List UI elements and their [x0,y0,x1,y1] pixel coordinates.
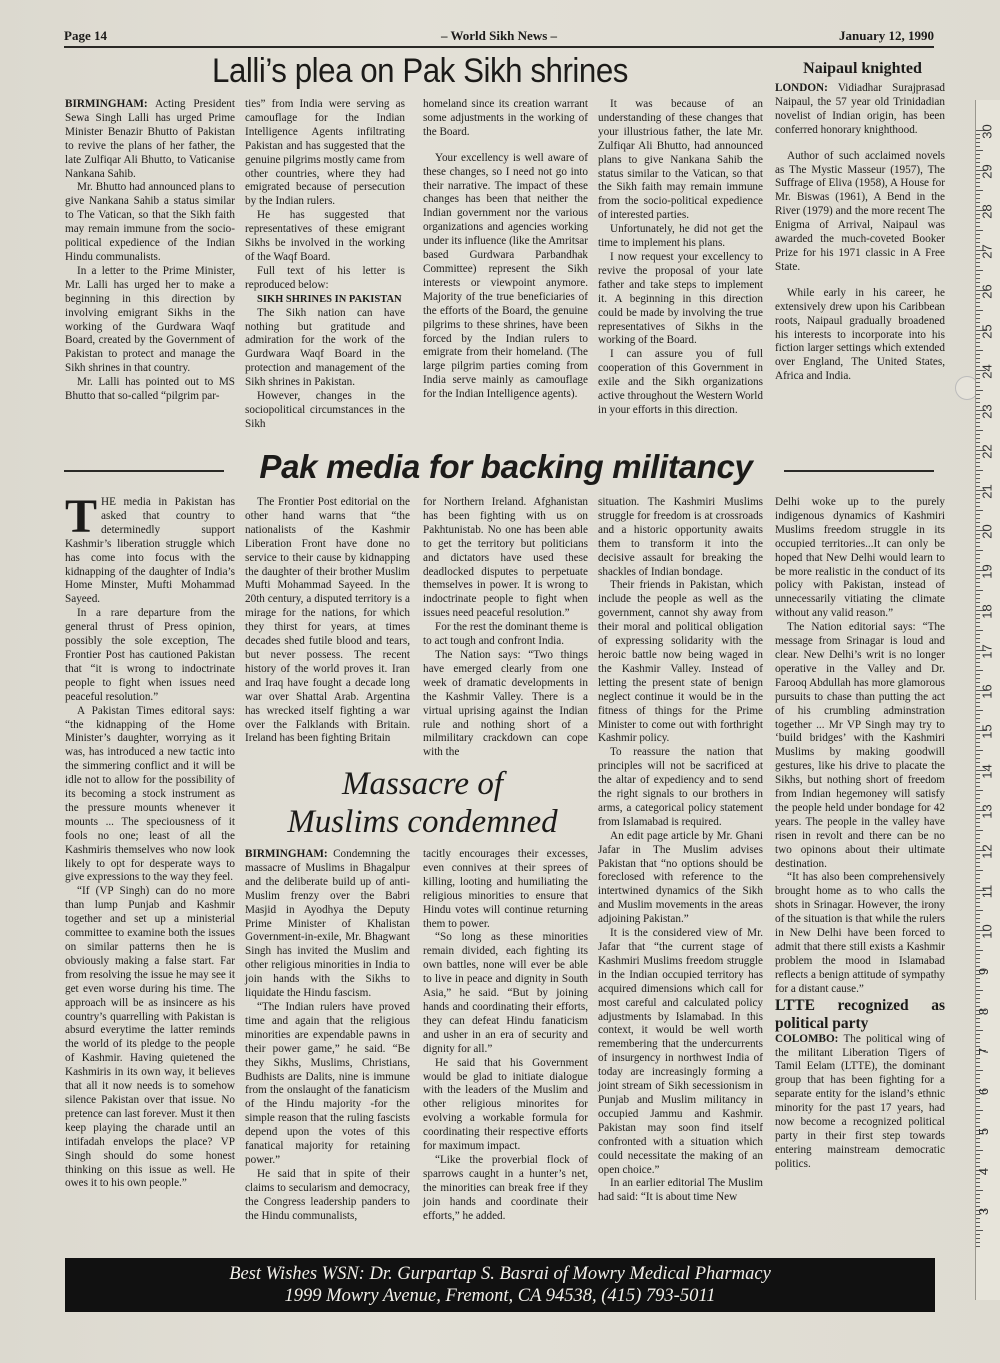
ruler-tick [976,1230,983,1231]
ruler-tick [976,1246,980,1247]
ruler-tick [976,1098,980,1099]
ruler-label: 24 [980,364,995,378]
ruler-tick [976,398,980,399]
ruler-tick [976,918,980,919]
rule-line-right [784,470,934,472]
ruler-label: 12 [980,844,995,858]
ruler-tick [976,1082,980,1083]
ruler-label: 7 [976,1048,991,1055]
ruler-tick [976,670,983,671]
ruler-tick [976,1166,980,1167]
pakmedia-paragraph: “If (VP Singh) can do no more than lump … [65,885,235,1191]
ruler-tick [976,1146,980,1147]
dateline: LONDON: [775,82,828,94]
ruler-tick [976,150,983,151]
ruler-tick [976,582,980,583]
ltte-paragraph: COLOMBO: The political wing of the milit… [775,1033,945,1172]
ruler-tick [976,922,980,923]
ruler-tick [976,1062,980,1063]
ruler-label: 8 [976,1008,991,1015]
ruler-tick [976,554,980,555]
ruler-label: 19 [980,564,995,578]
ruler-tick [976,390,983,391]
pakmedia-column-1: THE media in Pakistan has asked that cou… [65,496,235,1191]
ruler-tick [976,758,980,759]
ruler-tick [976,1178,980,1179]
lalli-paragraph: However, changes in the sociopolitical c… [245,390,405,432]
ruler-tick [976,358,980,359]
ruler-tick [976,270,983,271]
issue-date: January 12, 1990 [839,28,934,44]
ruler-tick [976,594,980,595]
lalli-paragraph: BIRMINGHAM: Acting President Sewa Singh … [65,98,235,181]
ruler-tick [976,958,980,959]
ruler-tick [976,230,983,231]
massacre-column-1: BIRMINGHAM: Condemning the massacre of M… [245,848,410,1223]
ruler-tick [976,1154,980,1155]
ruler-tick [976,1074,980,1075]
massacre-paragraph: “So long as these minorities remain divi… [423,931,588,1056]
ruler-tick [976,798,980,799]
subhead: SIKH SHRINES IN PAKISTAN [245,293,405,307]
naipaul-column: LONDON: Vidiadhar Surajprasad Naipaul, t… [775,82,945,384]
ruler-label: 9 [976,968,991,975]
ruler-tick [976,1234,980,1235]
headline-massacre-line1: Massacre of [245,765,600,803]
ruler-tick [976,666,980,667]
ruler-tick [976,838,980,839]
pakmedia-paragraph: for Northern Ireland. Afghanistan has be… [423,496,588,621]
ruler-tick [976,262,980,263]
ruler-tick [976,1242,980,1243]
ruler-tick [976,482,980,483]
ruler-tick [976,662,980,663]
ruler-label: 3 [976,1208,991,1215]
ruler-label: 4 [976,1168,991,1175]
ruler-tick [976,430,983,431]
headline-massacre: Massacre of Muslims condemned [245,765,600,841]
naipaul-paragraph: Author of such acclaimed novels as The M… [775,150,945,275]
ruler-tick [976,634,980,635]
massacre-paragraph: tacitly encourages their excesses, even … [423,848,588,931]
ruler-tick [976,562,980,563]
lalli-paragraph: homeland since its creation warrant some… [423,98,588,140]
massacre-paragraph: “The Indian rulers have proved time and … [245,1001,410,1168]
ruler-tick [976,542,980,543]
ruler-tick [976,678,980,679]
ruler-tick [976,1114,980,1115]
ruler-tick [976,902,980,903]
lalli-paragraph: It was because of an understanding of th… [598,98,763,223]
ruler-tick [976,994,980,995]
ruler-tick [976,222,980,223]
ruler-tick [976,350,983,351]
ruler-tick [976,314,980,315]
advertisement-banner: Best Wishes WSN: Dr. Gurpartap S. Basrai… [65,1258,935,1312]
ruler-tick [976,626,980,627]
ruler-tick [976,642,980,643]
ruler-label: 25 [980,324,995,338]
ruler-tick [976,1190,983,1191]
ruler-tick [976,1142,980,1143]
ruler-tick [976,782,980,783]
ruler-tick [976,402,980,403]
ruler-tick [976,386,980,387]
massacre-paragraph: BIRMINGHAM: Condemning the massacre of M… [245,848,410,1001]
ruler-tick [976,198,980,199]
ruler-tick [976,1218,980,1219]
naipaul-paragraph: While early in his career, he extensivel… [775,287,945,384]
ruler-tick [976,1046,980,1047]
ruler-tick [976,1030,983,1031]
drop-cap: T [65,498,97,536]
ruler-label: 13 [980,804,995,818]
pakmedia-column-4: situation. The Kashmiri Muslims struggle… [598,496,763,1205]
ruler-tick [976,394,980,395]
ruler-tick [976,982,980,983]
ruler-tick [976,234,980,235]
dateline: BIRMINGHAM: [65,98,148,110]
ruler-label: 17 [980,644,995,658]
lalli-paragraph: Full text of his letter is reproduced be… [245,265,405,293]
ruler-tick [976,1102,980,1103]
ruler-tick [976,910,983,911]
ruler-label: 22 [980,444,995,458]
ruler-tick [976,590,983,591]
lalli-column-2: ties” from India were serving as camoufl… [245,98,405,432]
ruler-tick [976,1106,980,1107]
ruler-tick [976,238,980,239]
ruler-tick [976,998,980,999]
ruler-tick [976,318,980,319]
ruler-tick [976,438,980,439]
ruler-label: 23 [980,404,995,418]
ruler-tick [976,1066,980,1067]
ruler-label: 5 [976,1128,991,1135]
headline-massacre-line2: Muslims condemned [245,803,600,841]
ruler-tick [976,1022,980,1023]
ruler-tick [976,1002,980,1003]
ruler-tick [976,1186,980,1187]
ruler-tick [976,1238,980,1239]
ruler-tick [976,746,980,747]
ruler-label: 20 [980,524,995,538]
ruler-tick [976,962,980,963]
lalli-paragraph: I now request your excellency to revive … [598,251,763,348]
ruler-tick [976,790,983,791]
ruler-tick [976,162,980,163]
lalli-paragraph: Unfortunately, he did not get the time t… [598,223,763,251]
ruler-label: 18 [980,604,995,618]
ruler-tick [976,190,983,191]
ruler-tick [976,986,980,987]
ruler-tick [976,706,980,707]
pakmedia-paragraph: In a rare departure from the general thr… [65,607,235,704]
pakmedia-paragraph: The Nation editorial says: “The message … [775,621,945,871]
pakmedia-paragraph: Delhi woke up to the purely indigenous d… [775,496,945,621]
pakmedia-column-3: for Northern Ireland. Afghanistan has be… [423,496,588,760]
ruler-tick [976,426,980,427]
ruler-label: 16 [980,684,995,698]
ruler-tick [976,1070,983,1071]
massacre-paragraph: “Like the proverbial flock of sparrows c… [423,1154,588,1224]
ruler-tick [976,434,980,435]
ruler-label: 26 [980,284,995,298]
ruler-tick [976,786,980,787]
pakmedia-paragraph: “It has also been comprehensively brough… [775,871,945,996]
ruler-tick [976,630,983,631]
lalli-column-3: homeland since its creation warrant some… [423,98,588,402]
headline-lalli: Lalli’s plea on Pak Sikh shrines [172,52,669,91]
ruler-label: 27 [980,244,995,258]
ruler-tick [976,194,980,195]
newspaper-page: Page 14 – World Sikh News – January 12, … [0,0,1000,1363]
ruler-tick [976,822,980,823]
pakmedia-paragraph: To reassure the nation that principles w… [598,746,763,829]
ruler-tick [976,1202,980,1203]
ruler-tick [976,966,980,967]
ruler-tick [976,274,980,275]
lalli-paragraph: The Sikh nation can have nothing but gra… [245,307,405,390]
dateline: BIRMINGHAM: [245,848,328,860]
ruler-tick [976,1198,980,1199]
ruler-tick [976,306,980,307]
ruler-tick [976,1158,980,1159]
ruler-tick [976,442,980,443]
ruler-tick [976,802,980,803]
ruler-label: 6 [976,1088,991,1095]
ruler-tick [976,638,980,639]
lalli-paragraph: ties” from India were serving as camoufl… [245,98,405,209]
ruler-tick [976,754,980,755]
pakmedia-paragraph: It is the considered view of Mr. Jafar t… [598,927,763,1177]
ruler-tick [976,750,983,751]
ruler-label: 14 [980,764,995,778]
ruler-tick [976,602,980,603]
ruler-tick [976,950,983,951]
ruler-tick [976,310,983,311]
pakmedia-paragraph: In an earlier editorial The Muslim had s… [598,1177,763,1205]
ruler-tick [976,342,980,343]
ruler-tick [976,954,980,955]
ruler-tick [976,830,983,831]
dateline: COLOMBO: [775,1033,838,1045]
ruler-tick [976,1034,980,1035]
ruler-tick [976,874,980,875]
ruler-tick [976,978,980,979]
headline-ltte: LTTE recognized as political party [775,997,945,1033]
ruler-tick [976,586,980,587]
lalli-column-1: BIRMINGHAM: Acting President Sewa Singh … [65,98,235,404]
ruler-tick [976,1086,980,1087]
ruler-tick [976,1006,980,1007]
ruler-tick [976,622,980,623]
ruler-tick [976,546,980,547]
pakmedia-paragraph: Their friends in Pakistan, which include… [598,579,763,746]
lalli-column-4: It was because of an understanding of th… [598,98,763,418]
pakmedia-paragraph: The Nation says: “Two things have emerge… [423,649,588,760]
ruler-tick [976,1206,980,1207]
ruler-tick [976,474,980,475]
ruler-tick [976,710,983,711]
ruler-tick [976,878,980,879]
ruler-tick [976,834,980,835]
ruler-tick [976,550,983,551]
masthead: Page 14 – World Sikh News – January 12, … [64,28,934,48]
ruler-tick [976,518,980,519]
pakmedia-paragraph: An edit page article by Mr. Ghani Jafar … [598,830,763,927]
headline-naipaul: Naipaul knighted [775,60,950,78]
massacre-paragraph: He said that his Government would be gla… [423,1057,588,1154]
ruler-tick [976,1110,983,1111]
ruler-tick [976,558,980,559]
ruler-tick [976,1150,983,1151]
ruler-tick [976,186,980,187]
ruler-tick [976,702,980,703]
ruler-tick [976,202,980,203]
pakmedia-paragraph: THE media in Pakistan has asked that cou… [65,496,235,607]
ruler-tick [976,1138,980,1139]
ruler-tick [976,470,983,471]
ruler-label: 15 [980,724,995,738]
measuring-ruler: 3029282726252423222120191817161514131211… [975,100,1000,1300]
ruler-tick [976,522,980,523]
ruler-tick [976,502,980,503]
ruler-tick [976,346,980,347]
ruler-tick [976,1162,980,1163]
ruler-tick [976,226,980,227]
ruler-tick [976,714,980,715]
ruler-label: 21 [980,484,995,498]
lalli-paragraph: In a letter to the Prime Minister, Mr. L… [65,265,235,376]
ruler-label: 11 [979,885,994,899]
ruler-tick [976,1058,980,1059]
ruler-tick [976,1038,980,1039]
ruler-tick [976,362,980,363]
ruler-tick [976,1042,980,1043]
ruler-tick [976,1226,980,1227]
lalli-paragraph: Mr. Lalli has pointed out to MS Bhutto t… [65,376,235,404]
ruler-tick [976,510,983,511]
ruler-tick [976,266,980,267]
paper-name: – World Sikh News – [64,28,934,44]
ruler-tick [976,1026,980,1027]
ruler-tick [976,478,980,479]
ruler-tick [976,598,980,599]
ruler-tick [976,718,980,719]
ruler-tick [976,142,980,143]
pakmedia-paragraph: The Frontier Post editorial on the other… [245,496,410,746]
ruler-tick [976,1122,980,1123]
ad-line-2: 1999 Mowry Avenue, Fremont, CA 94538, (4… [65,1285,935,1307]
ruler-tick [976,278,980,279]
ruler-tick [976,382,980,383]
ruler-tick [976,762,980,763]
ruler-tick [976,870,983,871]
ruler-tick [976,322,980,323]
ruler-tick [976,282,980,283]
lalli-paragraph: I can assure you of full cooperation of … [598,348,763,418]
ruler-tick [976,506,980,507]
massacre-paragraph: He said that in spite of their claims to… [245,1168,410,1224]
naipaul-paragraph: LONDON: Vidiadhar Surajprasad Naipaul, t… [775,82,945,138]
ruler-tick [976,1182,980,1183]
ruler-tick [976,1194,980,1195]
ruler-tick [976,354,980,355]
ruler-tick [976,826,980,827]
ruler-tick [976,794,980,795]
lalli-paragraph: Your excellency is well aware of these c… [423,152,588,402]
ruler-label: 29 [980,164,995,178]
ruler-tick [976,1222,980,1223]
pakmedia-paragraph: A Pakistan Times editoral says: “the kid… [65,705,235,886]
ruler-tick [976,674,980,675]
ruler-tick [976,146,980,147]
ruler-tick [976,914,980,915]
rule-line-left [64,470,224,472]
ruler-tick [976,242,980,243]
pakmedia-column-5: Delhi woke up to the purely indigenous d… [775,496,945,1172]
lalli-paragraph: Mr. Bhutto had announced plans to give N… [65,181,235,264]
ruler-tick [976,862,980,863]
massacre-column-2: tacitly encourages their excesses, even … [423,848,588,1223]
ruler-tick [976,1018,980,1019]
ruler-tick [976,1118,980,1119]
ruler-tick [976,514,980,515]
ruler-tick [976,158,980,159]
ruler-tick [976,302,980,303]
ruler-tick [976,742,980,743]
ruler-tick [976,1126,980,1127]
ruler-tick [976,462,980,463]
ruler-tick [976,906,980,907]
ruler-tick [976,946,980,947]
ruler-label: 30 [980,124,995,138]
ruler-tick [976,466,980,467]
pakmedia-paragraph: For the rest the dominant theme is to ac… [423,621,588,649]
ruler-tick [976,682,980,683]
ruler-tick [976,842,980,843]
ruler-tick [976,1078,980,1079]
ad-line-1: Best Wishes WSN: Dr. Gurpartap S. Basrai… [65,1263,935,1285]
ruler-tick [976,942,980,943]
lalli-paragraph: He has suggested that representatives of… [245,209,405,265]
ruler-tick [976,722,980,723]
ruler-tick [976,882,980,883]
ruler-tick [976,182,980,183]
ruler-tick [976,154,980,155]
ruler-label: 28 [980,204,995,218]
ruler-tick [976,866,980,867]
ruler-tick [976,422,980,423]
headline-pak-media: Pak media for backing militancy [228,448,784,486]
pakmedia-column-2: The Frontier Post editorial on the other… [245,496,410,746]
ruler-label: 10 [980,924,995,938]
ruler-tick [976,990,983,991]
pakmedia-paragraph: situation. The Kashmiri Muslims struggle… [598,496,763,579]
